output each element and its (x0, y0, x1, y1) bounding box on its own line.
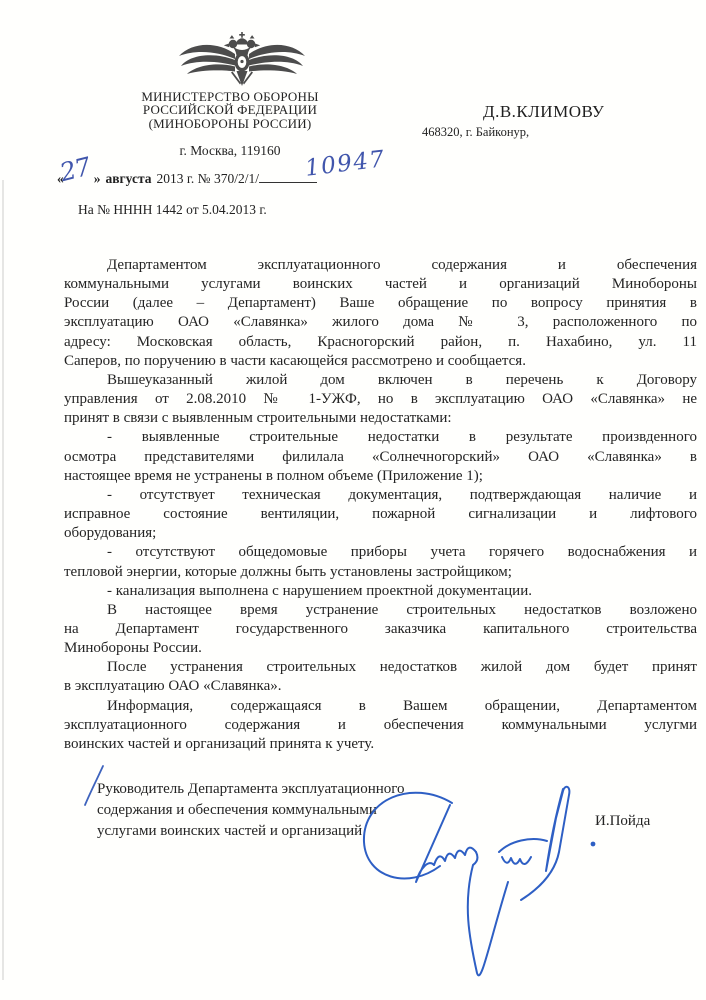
addressee-address: 468320, г. Байконур, (422, 125, 529, 140)
outgoing-number: 2013 г. № 370/2/1/ (157, 171, 259, 186)
text-line: в эксплуатацию ОАО «Славянка». (64, 677, 697, 696)
paragraph: Информация, содержащаяся в Вашем обращен… (64, 697, 697, 754)
text-line: тепловой энергии, которые должны быть ус… (64, 563, 697, 582)
text-line: настоящее время не устранены в полном об… (64, 467, 697, 486)
org-name-line3: (МИНОБОРОНЫ РОССИИ) (55, 117, 405, 130)
text-line: В настоящее время устранение строительны… (64, 601, 697, 620)
paragraph: После устранения строительных недостатко… (64, 658, 697, 696)
paragraph: В настоящее время устранение строительны… (64, 601, 697, 658)
body-text: Департаментом эксплуатационного содержан… (64, 256, 697, 754)
text-line: эксплуатационного содержания и обеспечен… (64, 716, 697, 735)
text-line: - отсутствует техническая документация, … (64, 486, 697, 505)
text-line: - канализация выполнена с нарушением про… (64, 582, 697, 601)
org-name-line2: РОССИЙСКОЙ ФЕДЕРАЦИИ (55, 103, 405, 116)
text-line: исправное состояние вентиляции, пожарной… (64, 505, 697, 524)
addressee-name: Д.В.КЛИМОВУ (483, 102, 604, 122)
scanned-letter-page: МИНИСТЕРСТВО ОБОРОНЫ РОССИЙСКОЙ ФЕДЕРАЦИ… (0, 0, 706, 1000)
org-name-line1: МИНИСТЕРСТВО ОБОРОНЫ (55, 90, 405, 103)
text-line: адресу: Московская область, Красногорски… (64, 333, 697, 352)
text-line: Саперов, по поручению в части касающейся… (64, 352, 697, 371)
reference-line: На № НННН 1442 от 5.04.2013 г. (78, 202, 267, 218)
close-guillemet: » (94, 171, 101, 186)
month-word: августа (106, 171, 152, 186)
text-line: После устранения строительных недостатко… (64, 658, 697, 677)
paragraph: - отсутствует техническая документация, … (64, 486, 697, 543)
text-line: воинских частей и организаций принята к … (64, 735, 697, 754)
text-line: Минобороны России. (64, 639, 697, 658)
handwritten-signature-flourish (350, 772, 610, 992)
scan-edge-artifact (2, 180, 4, 980)
text-line: оборудования; (64, 524, 697, 543)
paragraph: - отсутствуют общедомовые приборы учета … (64, 543, 697, 581)
letterhead: МИНИСТЕРСТВО ОБОРОНЫ РОССИЙСКОЙ ФЕДЕРАЦИ… (55, 90, 405, 159)
text-line: Информация, содержащаяся в Вашем обращен… (64, 697, 697, 716)
text-line: на Департамент государственного заказчик… (64, 620, 697, 639)
text-line: эксплуатацию ОАО «Славянка» жилого дома … (64, 313, 697, 332)
text-line: Департаментом эксплуатационного содержан… (64, 256, 697, 275)
paragraph: Вышеуказанный жилой дом включен в перече… (64, 371, 697, 428)
text-line: Вышеуказанный жилой дом включен в перече… (64, 371, 697, 390)
text-line: принят в связи с выявленным строительным… (64, 409, 697, 428)
text-line: - отсутствуют общедомовые приборы учета … (64, 543, 697, 562)
text-line: коммунальными услугами воинских частей и… (64, 275, 697, 294)
text-line: России (далее – Департамент) Ваше обраще… (64, 294, 697, 313)
paragraph: - выявленные строительные недостатки в р… (64, 428, 697, 485)
text-line: осмотра представителями филилала «Солнеч… (64, 448, 697, 467)
text-line: - выявленные строительные недостатки в р… (64, 428, 697, 447)
paragraph: - канализация выполнена с нарушением про… (64, 582, 697, 601)
handwritten-slash-mark (78, 763, 112, 809)
text-line: управления от 2.08.2010 № 1-УЖФ, но в эк… (64, 390, 697, 409)
paragraph: Департаментом эксплуатационного содержан… (64, 256, 697, 371)
double-headed-eagle-emblem (177, 31, 307, 89)
date-and-number-line: «»августа2013 г. № 370/2/1/ (57, 170, 317, 187)
